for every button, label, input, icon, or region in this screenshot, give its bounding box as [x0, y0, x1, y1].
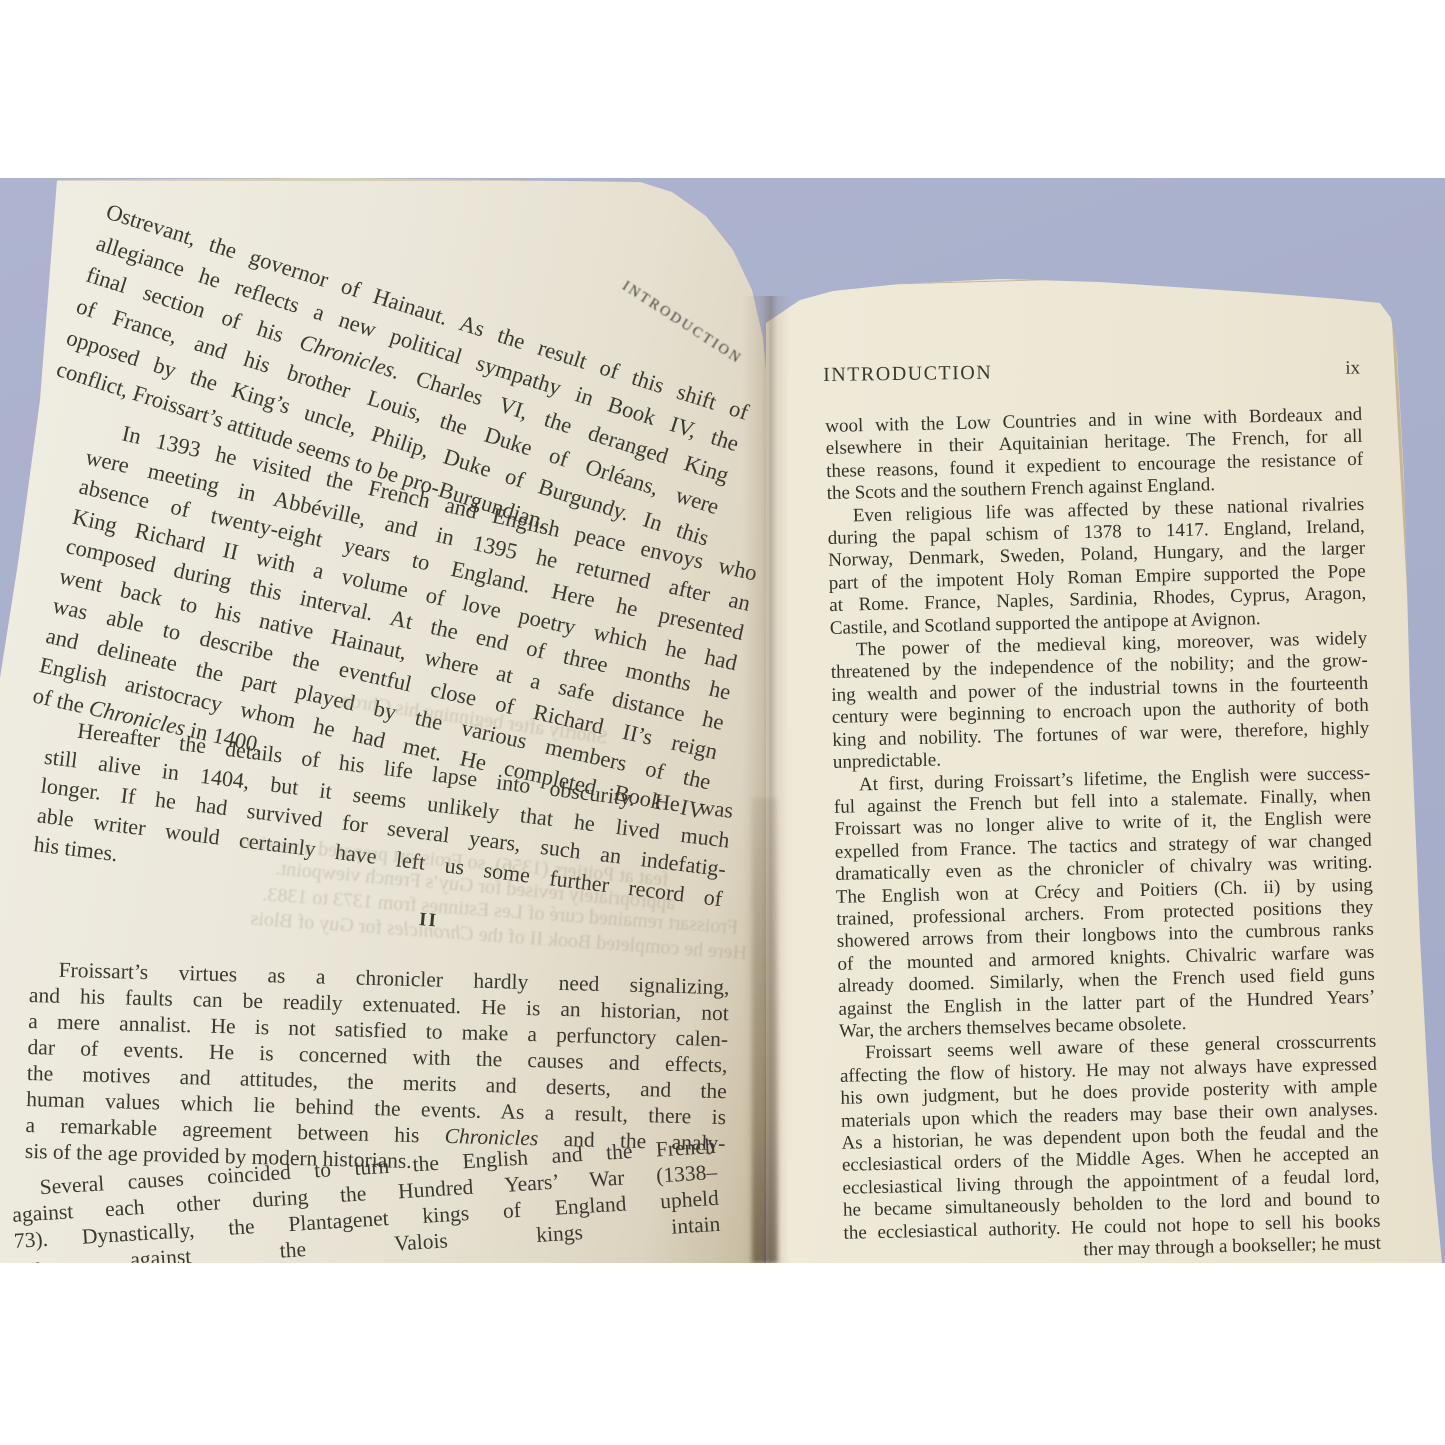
right-page-top-edge — [770, 258, 1392, 288]
left-page-left-edge — [0, 179, 55, 684]
right-paragraph-1: wool with the Low Countries and in wine … — [825, 404, 1364, 506]
book-photo: INTRODUCTION Ostrevant, the governor of … — [0, 0, 1445, 1445]
photo-surface: INTRODUCTION Ostrevant, the governor of … — [0, 178, 1445, 1263]
right-page-right-edge — [1391, 306, 1445, 1263]
right-page-header: INTRODUCTION ix — [823, 357, 1360, 387]
right-running-head: INTRODUCTION — [823, 362, 992, 387]
left-page-top-edge — [57, 178, 642, 181]
right-paragraph-2: Even religious life was affected by thes… — [827, 493, 1367, 640]
page-number: ix — [1345, 358, 1360, 380]
right-paragraph-5: Froissart seems well aware of these gene… — [839, 1031, 1381, 1263]
left-page: INTRODUCTION Ostrevant, the governor of … — [0, 178, 790, 1263]
left-running-head: INTRODUCTION — [619, 278, 745, 368]
right-page-body: wool with the Low Countries and in wine … — [825, 404, 1381, 1263]
gutter-deep-shadow — [752, 798, 778, 1263]
right-paragraph-4: At first, during Froissart’s lifetime, t… — [833, 762, 1376, 1043]
right-paragraph-3: The power of the medieval king, moreover… — [830, 628, 1370, 775]
